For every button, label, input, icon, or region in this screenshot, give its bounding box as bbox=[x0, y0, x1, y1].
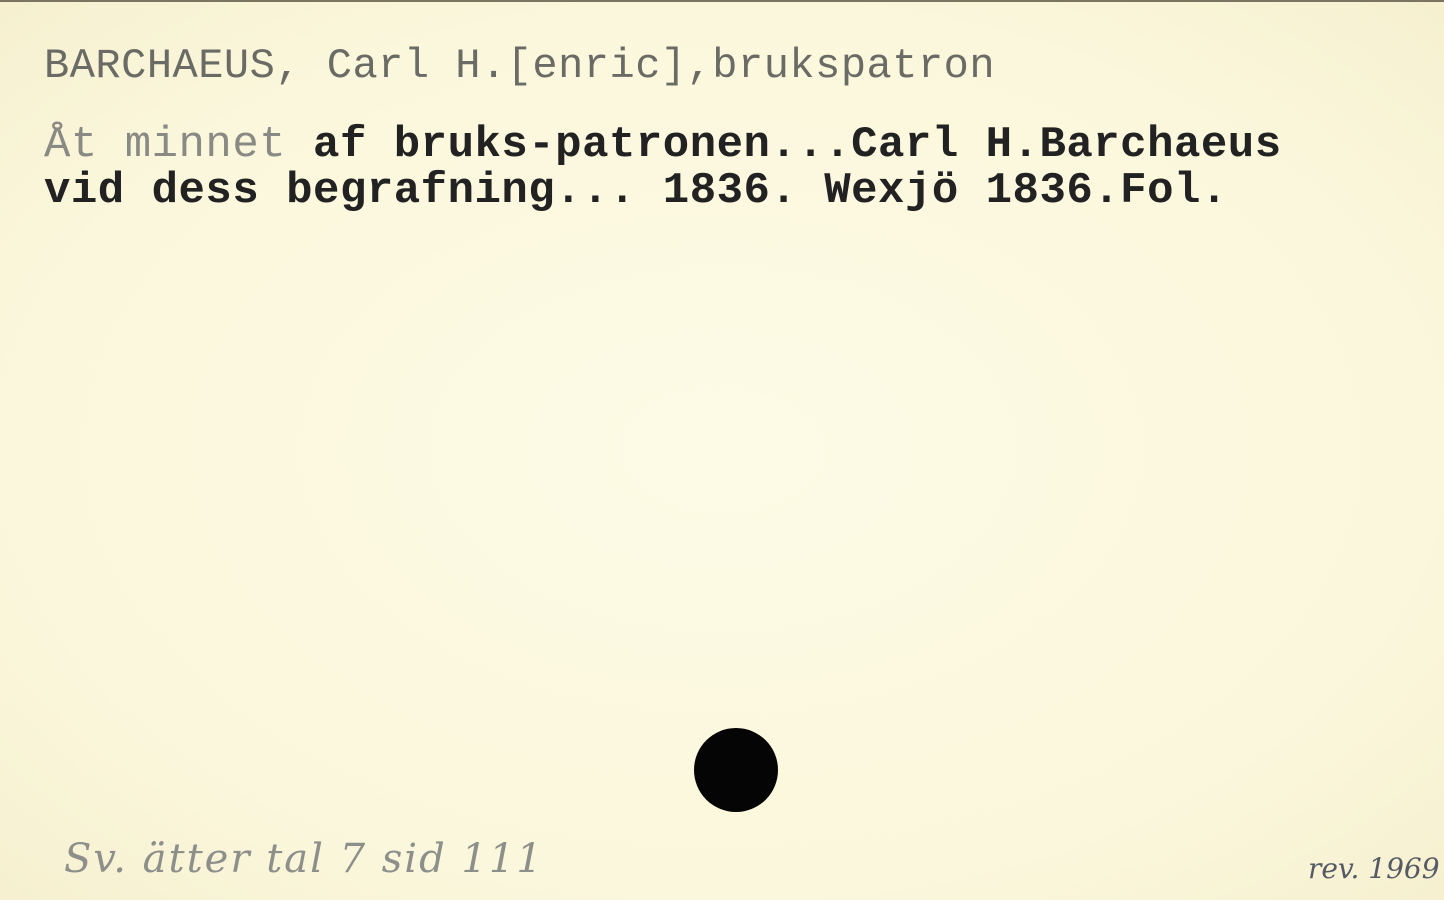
body-line-1-dark-text: af bruks-patronen...Carl H.Barchaeus bbox=[313, 120, 1282, 170]
card-body-line-1: Åt minnet af bruks-patronen...Carl H.Bar… bbox=[44, 120, 1282, 170]
body-line-1-faint-text: Åt minnet bbox=[44, 120, 313, 170]
handwritten-reference: Sv. ätter tal 7 sid 111 bbox=[64, 836, 544, 882]
card-heading: BARCHAEUS, Carl H.[enric],brukspatron bbox=[44, 42, 995, 90]
card-body-line-2: vid dess begrafning... 1836. Wexjö 1836.… bbox=[44, 166, 1228, 216]
catalog-card: BARCHAEUS, Carl H.[enric],brukspatron Åt… bbox=[0, 0, 1444, 900]
handwritten-revision: rev. 1969 bbox=[1308, 852, 1440, 885]
punch-hole bbox=[694, 728, 778, 812]
card-top-edge bbox=[0, 0, 1444, 2]
